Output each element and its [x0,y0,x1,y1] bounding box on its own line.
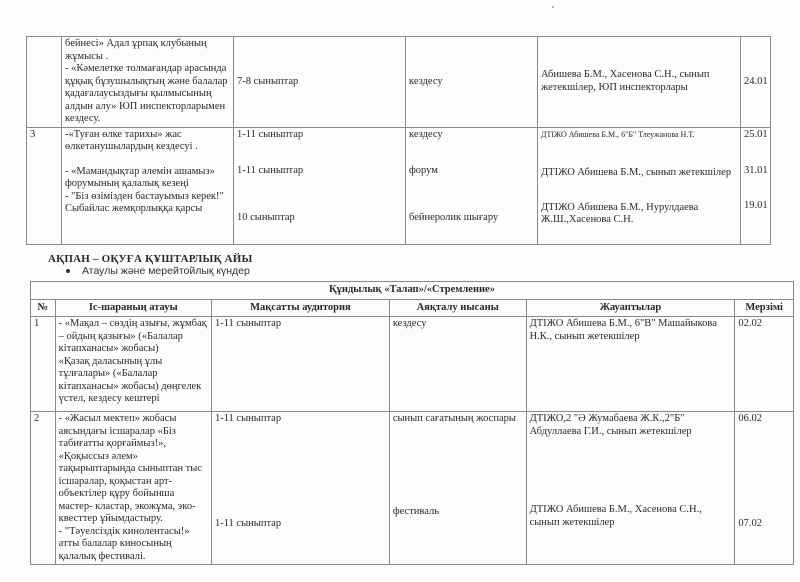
february-plan-table: Құндылық «Талап»/«Стремление» № Іс-шаран… [30,281,794,565]
form: кездесу [389,317,526,412]
audience-item: 1-11 сыныптар [237,129,402,142]
date: 25.01 31.01 19.01 [741,127,771,244]
responsible: ДТІЖО Абишева Б.М., 6"Б" Тлеужанова Н.Т.… [538,127,741,244]
audience-item: 1-11 сыныптар [215,518,386,531]
event-name: бейнесі» Адал ұрпақ клубының жұмысы . - … [62,37,234,128]
table-row: 1 - «Мақал – сөздің азығы, жұмбақ – ойды… [31,317,794,412]
section-title: АҚПАН – ОҚУҒА ҚҰШТАРЛЫҚ АЙЫ [48,253,253,265]
responsible-item: ДТІЖО Абишева Б.М., 6"Б" Тлеужанова Н.Т. [541,129,737,142]
header-num: № [31,299,56,317]
responsible-item: ДТІЖО Абишева Б.М., сынып жетекшілер [541,167,737,180]
form-item: сынып сағатының жоспары [393,413,523,426]
date: 02.02 [735,317,794,412]
header-responsible: Жауаптылар [526,299,735,317]
form: сынып сағатының жоспары фестиваль [389,412,526,565]
audience: 1-11 сыныптар 1-11 сыныптар [211,412,389,565]
table-row: бейнесі» Адал ұрпақ клубының жұмысы . - … [27,37,771,128]
row-number: 2 [31,412,56,565]
form-item: кездесу [409,129,534,142]
audience-item: 1-11 сыныптар [215,413,386,426]
scan-speck [552,6,554,8]
audience: 1-11 сыныптар 1-11 сыныптар 10 сыныптар [234,127,406,244]
form-item: бейнеролик шығару [409,212,534,225]
audience: 1-11 сыныптар [211,317,389,412]
form: кездесу [406,37,538,128]
responsible-item: ДТІЖО,2 "Ә Жумабаева Ж.К.,2"Б" Абдуллаев… [530,413,732,438]
bullet-icon [66,269,70,273]
row-number: 3 [27,127,62,244]
event-name: - «Жасыл мектеп» жобасы аясындағы ісшара… [55,412,211,565]
date: 24.01 [741,37,771,128]
responsible-item: ДТІЖО Абишева Б.М., Хасенова С.Н., сынып… [530,504,732,529]
event-name: - «Мақал – сөздің азығы, жұмбақ – ойдың … [55,317,211,412]
bullet-item: Атаулы және мерейтойлық күндер [66,265,250,277]
form: кездесу форум бейнеролик шығару [406,127,538,244]
date: 06.02 07.02 [735,412,794,565]
table-caption-row: Құндылық «Талап»/«Стремление» [31,282,794,300]
event-item: -«Туған өлке тарихы» жас өлкетанушыларды… [65,129,230,154]
event-name: -«Туған өлке тарихы» жас өлкетанушыларды… [62,127,234,244]
row-number [27,37,62,128]
audience-item: 10 сыныптар [237,212,402,225]
header-event: Іс-шараның атауы [55,299,211,317]
table-row: 3 -«Туған өлке тарихы» жас өлкетанушылар… [27,127,771,244]
responsible: ДТІЖО Абишева Б.М., 6"В" Машайыкова Н.К.… [526,317,735,412]
audience-item: 1-11 сыныптар [237,165,402,178]
bullet-text: Атаулы және мерейтойлық күндер [82,265,250,277]
header-date: Мерзімі [735,299,794,317]
header-audience: Мақсатты аудитория [211,299,389,317]
event-item: - "Біз өзімізден бастауымыз керек!" Сыба… [65,191,230,216]
row-number: 1 [31,317,56,412]
header-form: Аяқталу нысаны [389,299,526,317]
event-item: - «Жасыл мектеп» жобасы аясындағы ісшара… [59,413,208,526]
responsible-item: ДТІЖО Абишева Б.М., Нурулдаева Ж.Ш.,Хасе… [541,202,737,227]
responsible: Абишева Б.М., Хасенова С.Н., сынып жетек… [538,37,741,128]
form-item: фестиваль [393,506,523,519]
event-item: - "Тәуелсіздік кинолентасы!» атты балала… [59,526,208,564]
date-item: 19.01 [744,200,767,213]
date-item: 07.02 [738,518,790,531]
event-item: - «Мамандықтар әлемін ашамыз» форумының … [65,166,230,191]
value-caption: Құндылық «Талап»/«Стремление» [31,282,794,300]
table-row: 2 - «Жасыл мектеп» жобасы аясындағы ісша… [31,412,794,565]
date-item: 31.01 [744,165,767,178]
audience: 7-8 сыныптар [234,37,406,128]
date-item: 25.01 [744,129,767,142]
responsible: ДТІЖО,2 "Ә Жумабаева Ж.К.,2"Б" Абдуллаев… [526,412,735,565]
january-plan-table-continued: бейнесі» Адал ұрпақ клубының жұмысы . - … [26,36,771,245]
header-row: № Іс-шараның атауы Мақсатты аудитория Ая… [31,299,794,317]
date-item: 06.02 [738,413,790,426]
form-item: форум [409,165,534,178]
